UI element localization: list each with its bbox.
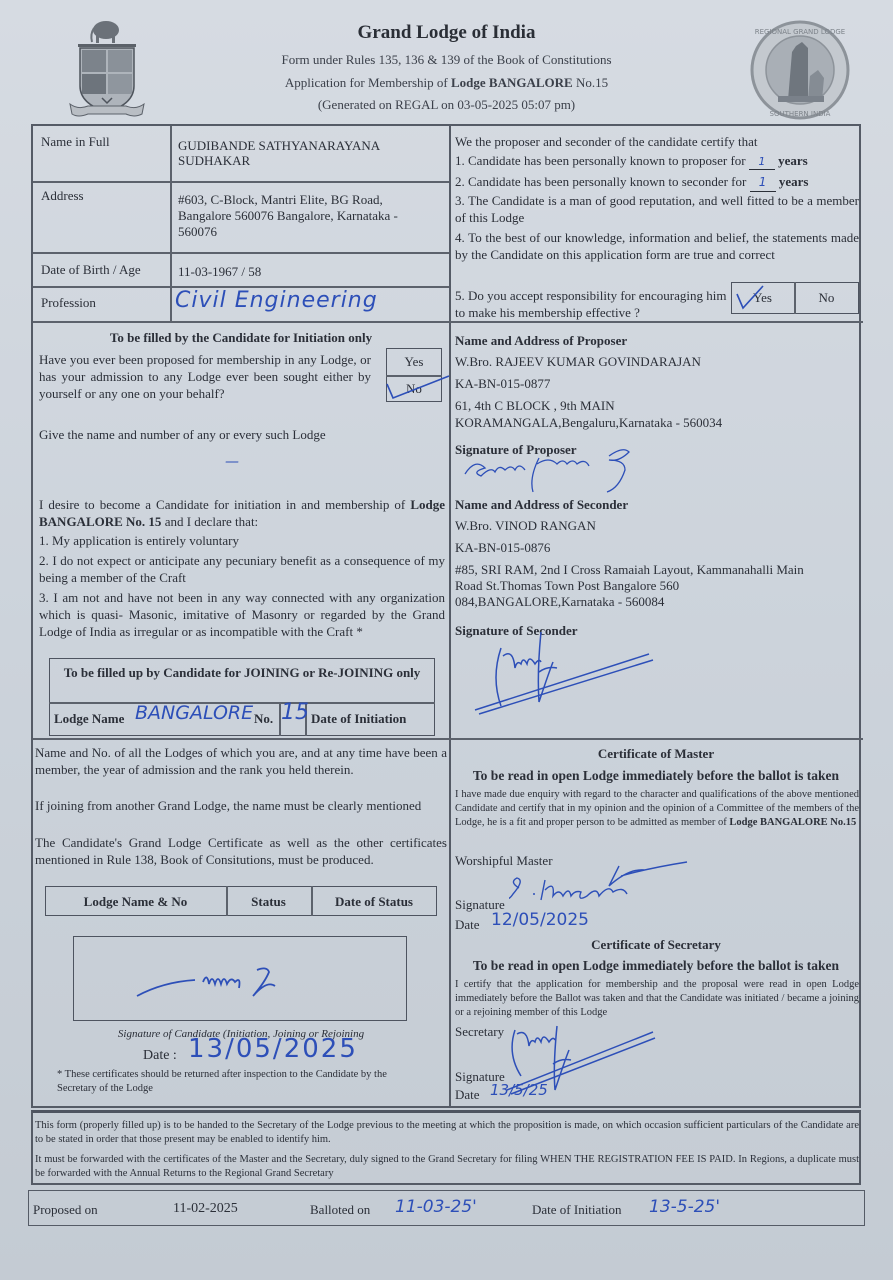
master-date-value: 12/05/2025 bbox=[491, 910, 589, 930]
joining-lodge-name-label: Lodge Name bbox=[54, 710, 124, 727]
proposed-on-label: Proposed on bbox=[33, 1201, 98, 1218]
candidate-signature-icon bbox=[133, 962, 313, 1002]
declaration-intro: I desire to become a Candidate for initi… bbox=[39, 496, 445, 530]
certify-item-2: 2. Candidate has been personally known t… bbox=[455, 173, 859, 192]
certificates-return-note: * These certificates should be returned … bbox=[57, 1068, 427, 1096]
joining-heading: To be filled up by Candidate for JOINING… bbox=[55, 664, 429, 681]
svg-text:REGIONAL GRAND LODGE: REGIONAL GRAND LODGE bbox=[755, 28, 845, 36]
joining-no-label: No. bbox=[254, 710, 273, 727]
right-section-divider bbox=[449, 738, 863, 740]
master-cert-subheading: To be read in open Lodge immediately bef… bbox=[449, 767, 863, 784]
secretary-cert-body: I certify that the application for membe… bbox=[455, 978, 859, 1020]
initiation-date-label: Date of Initiation bbox=[532, 1201, 622, 1218]
candidate-date-value: 13/05/2025 bbox=[188, 1034, 358, 1064]
row-divider bbox=[33, 252, 449, 254]
seconder-id: KA-BN-015-0876 bbox=[455, 539, 550, 556]
certify-item-2-text: 2. Candidate has been personally known t… bbox=[455, 174, 746, 189]
details-divider bbox=[170, 126, 172, 321]
svg-text:SOUTHERN INDIA: SOUTHERN INDIA bbox=[770, 110, 831, 118]
responsibility-no-option[interactable]: No bbox=[794, 290, 859, 306]
address-line1: #603, C-Block, Mantri Elite, BG Road, bbox=[178, 191, 383, 208]
profession-value: Civil Engineering bbox=[175, 288, 378, 313]
proposer-signature-icon bbox=[459, 444, 659, 494]
col-header-lodge: Lodge Name & No bbox=[45, 893, 226, 910]
col-header-status: Status bbox=[226, 893, 311, 910]
master-date-label: Date bbox=[455, 916, 480, 933]
initiation-question: Have you ever been proposed for membersh… bbox=[39, 351, 371, 402]
dob-value: 11-03-1967 / 58 bbox=[178, 263, 261, 280]
secretary-cert-heading: Certificate of Secretary bbox=[449, 936, 863, 953]
name-label: Name in Full bbox=[41, 133, 110, 150]
application-form: Name in Full GUDIBANDE SATHYANARAYANA SU… bbox=[31, 124, 861, 1108]
certify-item-4: 4. To the best of our knowledge, informa… bbox=[455, 229, 859, 263]
proposer-address-line1: 61, 4th C BLOCK , 9th MAIN bbox=[455, 397, 615, 414]
name-value-line2: SUDHAKAR bbox=[178, 152, 250, 169]
candidate-date-label: Date : bbox=[143, 1047, 177, 1064]
seconder-heading: Name and Address of Seconder bbox=[455, 496, 628, 513]
address-label: Address bbox=[41, 187, 84, 204]
proposer-years-field[interactable]: 1 bbox=[749, 152, 775, 170]
address-line3: 560076 bbox=[178, 223, 217, 240]
col-header-date: Date of Status bbox=[311, 893, 437, 910]
row-divider bbox=[33, 321, 449, 323]
seconder-address-line3: 084,BANGALORE,Karnataka - 560084 bbox=[455, 593, 664, 610]
balloted-on-label: Balloted on bbox=[310, 1201, 370, 1218]
certify-item-1-text: 1. Candidate has been personally known t… bbox=[455, 153, 746, 168]
seconder-name: W.Bro. VINOD RANGAN bbox=[455, 517, 596, 534]
declaration-suffix: and I declare that: bbox=[161, 514, 258, 529]
subtitle-prefix: Application for Membership of bbox=[285, 75, 451, 90]
membership-para-2: If joining from another Grand Lodge, the… bbox=[35, 797, 447, 814]
secretary-date-label: Date bbox=[455, 1086, 480, 1103]
application-form-page: Grand Lodge of India Form under Rules 13… bbox=[0, 0, 893, 1280]
certify-intro: We the proposer and seconder of the cand… bbox=[455, 133, 758, 150]
seconder-years-value: 1 bbox=[759, 175, 767, 189]
certify-item-2-suffix: years bbox=[779, 174, 809, 189]
right-row-divider bbox=[449, 321, 863, 323]
joining-date-label: Date of Initiation bbox=[311, 710, 406, 727]
footer-note-2: It must be forwarded with the certificat… bbox=[35, 1153, 859, 1181]
yes-checkmark-icon bbox=[733, 284, 773, 312]
declaration-item-2: 2. I do not expect or anticipate any pec… bbox=[39, 552, 445, 586]
lodge-prompt: Give the name and number of any or every… bbox=[39, 426, 326, 443]
subtitle-suffix: No.15 bbox=[573, 75, 608, 90]
address-line2: Bangalore 560076 Bangalore, Karnataka - bbox=[178, 207, 398, 224]
master-cert-body: I have made due enquiry with regard to t… bbox=[455, 788, 859, 830]
master-cert-heading: Certificate of Master bbox=[449, 745, 863, 762]
certify-item-3: 3. The Candidate is a man of good reputa… bbox=[455, 192, 859, 226]
lodge-prompt-value: — bbox=[225, 454, 239, 470]
seconder-years-field[interactable]: 1 bbox=[750, 173, 776, 192]
membership-para-1: Name and No. of all the Lodges of which … bbox=[35, 744, 447, 778]
secretary-role: Secretary bbox=[455, 1023, 504, 1040]
secretary-date-value: 13/5/25 bbox=[490, 1081, 548, 1099]
profession-label: Profession bbox=[41, 294, 96, 311]
dob-label: Date of Birth / Age bbox=[41, 261, 141, 278]
certify-item-1: 1. Candidate has been personally known t… bbox=[455, 152, 859, 170]
certify-item-1-suffix: years bbox=[778, 153, 808, 168]
left-section-divider bbox=[33, 738, 449, 740]
declaration-item-3: 3. I am not and have not been in any way… bbox=[39, 589, 445, 640]
subtitle-lodge: Lodge BANGALORE bbox=[451, 75, 573, 90]
seconder-address-line1: #85, SRI RAM, 2nd I Cross Ramaiah Layout… bbox=[455, 561, 804, 578]
no-checkmark-icon bbox=[381, 372, 451, 402]
seconder-signature-icon bbox=[473, 622, 663, 722]
dates-row: Proposed on 11-02-2025 Balloted on 11-03… bbox=[28, 1190, 865, 1226]
certify-item-5: 5. Do you accept responsibility for enco… bbox=[455, 287, 735, 321]
joining-lodge-name-value: BANGALORE bbox=[135, 702, 253, 724]
proposer-id: KA-BN-015-0877 bbox=[455, 375, 550, 392]
master-cert-lodge: Lodge BANGALORE No.15 bbox=[729, 817, 856, 828]
proposer-name: W.Bro. RAJEEV KUMAR GOVINDARAJAN bbox=[455, 353, 701, 370]
proposer-heading: Name and Address of Proposer bbox=[455, 332, 627, 349]
row-divider bbox=[33, 181, 449, 183]
footer-notes: This form (properly filled up) is to be … bbox=[31, 1110, 861, 1185]
seconder-address-line2: Road St.Thomas Town Post Bangalore 560 bbox=[455, 577, 679, 594]
master-signature-icon bbox=[509, 858, 689, 908]
form-header: Grand Lodge of India Form under Rules 13… bbox=[0, 0, 893, 122]
initiation-yes-option[interactable]: Yes bbox=[386, 354, 442, 370]
membership-para-3: The Candidate's Grand Lodge Certificate … bbox=[35, 834, 447, 868]
regional-seal-icon: REGIONAL GRAND LODGE SOUTHERN INDIA bbox=[738, 18, 858, 122]
proposer-address-line2: KORAMANGALA,Bengaluru,Karnataka - 560034 bbox=[455, 414, 722, 431]
initiation-date-value: 13-5-25' bbox=[649, 1197, 720, 1217]
declaration-item-1: 1. My application is entirely voluntary bbox=[39, 532, 445, 549]
proposed-on-value: 11-02-2025 bbox=[173, 1200, 238, 1217]
joining-no-value: 15 bbox=[281, 700, 309, 725]
balloted-on-value: 11-03-25' bbox=[395, 1197, 477, 1217]
secretary-cert-subheading: To be read in open Lodge immediately bef… bbox=[449, 957, 863, 974]
proposer-years-value: 1 bbox=[758, 155, 765, 168]
footer-note-1: This form (properly filled up) is to be … bbox=[35, 1119, 859, 1147]
initiation-heading: To be filled by the Candidate for Initia… bbox=[33, 329, 449, 346]
declaration-prefix: I desire to become a Candidate for initi… bbox=[39, 497, 410, 512]
